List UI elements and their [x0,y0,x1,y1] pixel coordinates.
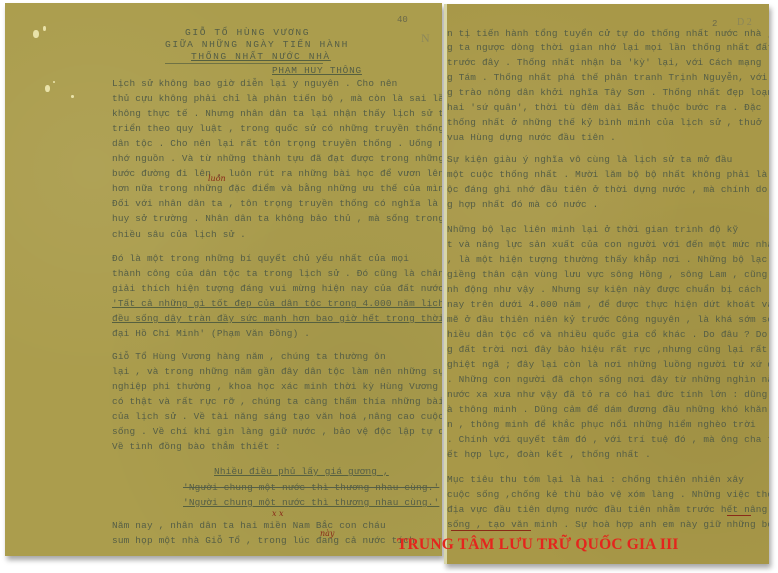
text-line: nước xa xưa như vậy đã tỏ ra có hai đức … [447,389,767,401]
text-line: Sự kiện giàu ý nghĩa vô cùng là lịch sử … [447,154,732,166]
text-line: Đó là một trong những bí quyết chủ yếu n… [112,253,409,265]
text-line: . Chính với quyết tâm đó , với trí tuệ đ… [447,434,769,446]
text-line: bước đường đi lên , luôn rút ra những bà… [112,168,442,180]
title-line-1: GIỖ TỔ HÙNG VƯƠNG [185,27,310,39]
text-line: Năm nay , nhân dân ta hai miền Nam Bắc c… [112,520,386,532]
verse-heading: Nhiều điều phủ lấy giá gương , [214,466,389,478]
text-line: nh động như vậy . Nhưng sự kiện này được… [447,284,762,296]
text-line: nay trên dưới 4.000 năm , để được thực h… [447,299,769,311]
text-line: n tị tiến hành tổng tuyển cử tự do thống… [447,28,769,40]
text-line: Về tình đồng bào thắm thiết : [112,441,281,453]
page-corner-mark: 40 [397,15,408,25]
text-line: huy sở trường . Nhân dân ta không bảo th… [112,213,442,225]
red-underline [727,515,751,516]
title-line-3: THỐNG NHẤT NƯỚC NHÀ [191,51,331,63]
text-line: hơn nữa trong những đặc điểm và bằng nhữ… [112,183,442,195]
text-line: g ta ngược dòng thời gian nhớ lại mọi lầ… [447,42,769,54]
paper-stain [71,95,74,98]
archive-stamp-mark: N [421,31,430,46]
text-line: g hợp nhất đó mà có nước . [447,199,598,211]
text-line: à thông minh . Dũng cảm để dám đương đầu… [447,404,767,416]
text-line: dân tộc . Cho nên lại rất tôn trọng truy… [112,138,442,150]
title-rule [165,63,323,64]
text-line: ghiệt ngã ; đây lại còn là nơi những luồ… [447,359,769,371]
document-page-left: 40 N GIỖ TỔ HÙNG VƯƠNG GIỮA NHỮNG NGÀY T… [5,3,442,556]
text-line: hai 'sứ quân', thời tù đêm dài Bắc thuộc… [447,102,762,114]
text-line: nhớ nguồn . Và từ những thành tựu đã đạt… [112,153,442,165]
quote-line: 'Tất cả những gì tốt đẹp của dân tộc tro… [112,298,442,310]
text-line: trước đây . Thống nhất nhận ba 'kỳ' lại,… [447,57,762,69]
paper-stain [33,30,39,38]
text-line: , là một hiện tượng thường thấy khắp nơi… [447,254,767,266]
text-line: triển theo quy luật , trong quốc sử có n… [112,123,442,135]
text-line: giềng thân cận vùng lưu vực sông Hồng , … [447,269,767,281]
title-line-2: GIỮA NHỮNG NGÀY TIẾN HÀNH [165,39,349,51]
paper-stain [43,26,46,31]
archive-stamp-mark: D 2 [737,17,752,28]
text-line: Những bộ lạc liên minh lại ở thời gian t… [447,224,738,236]
text-line: của lịch sử . Về tài năng sáng tạo văn h… [112,411,442,423]
text-line: một cuộc thống nhất . Mười lăm bộ bộ nhấ… [447,169,767,181]
text-line: ết hợp lực, đoàn kết , thống nhất . [447,449,651,461]
text-line: không thực tế . Nhưng nhân dân ta lại nh… [112,108,442,120]
text-line: sum họp một nhà Giỗ Tổ , trong lúc đang … [112,535,415,547]
text-line: cuộc sống ,chống kẻ thù bảo vệ xóm làng … [447,489,769,501]
text-line: Lịch sử không bao giờ diễn lại y nguyên … [112,78,397,90]
text-line: có thật và rất rực rỡ , chúng ta càng th… [112,396,442,408]
text-line: lại , và trong những năm gần đây dân tộc… [112,366,442,378]
text-line: g Tám . Thống nhất phá thế phân tranh Tr… [447,72,767,84]
text-line: mẽ ở đầu thiên niên kỷ trước Công nguyên… [447,314,769,326]
quote-line: đều sống dậy tràn đầy sức mạnh hơn bao g… [112,313,442,325]
text-line: . Những con người đã chọn sống nơi đây t… [447,374,769,386]
text-line: n , thông minh để khắc phục nổi những hi… [447,419,756,431]
text-line: g đất trời nơi đây bảo hiệu rất rực ,như… [447,344,767,356]
text-line: thống nhất ở những thế kỷ bình minh của … [447,117,762,129]
text-line: Đối với nhân dân ta , tôn trọng truyền t… [112,198,442,210]
verse-corrected-line: 'Người chung một nước thì thương nhau cù… [183,497,439,509]
text-line: thủ cựu không phải chỉ là phản tiến bộ ,… [112,93,442,105]
text-line: Giỗ Tổ Hùng Vương hàng năm , chúng ta th… [112,351,386,363]
text-line: g trào nông dân khởi nghĩa Tây Sơn . Thố… [447,87,769,99]
text-line: chiều sâu của lịch sử . [112,229,246,241]
red-underline [451,530,531,531]
author-name: PHẠM HUY THÔNG [272,65,362,77]
document-page-right: 2 D 2 n tị tiến hành tổng tuyển cử tự do… [444,4,769,564]
handwritten-annotation: luôn [208,174,226,183]
text-line: vua Hùng dựng nước đầu tiên . [447,132,616,144]
quote-attribution-line: đại Hồ Chí Minh' (Phạm Văn Đồng) . [112,328,310,340]
text-line: hiều dân tộc cổ và nhiều quốc gia cổ khá… [447,329,767,341]
text-line: ộc đáng ghi nhớ đầu tiên ở thời dựng nướ… [447,184,767,196]
text-line: nghiệp phi thường , khoa học xác minh th… [112,381,442,393]
text-line: địa vực đầu tiên dựng nước đầu tiên nhằm… [447,504,767,516]
text-line: Mục tiêu thu tóm lại là hai : chống thiê… [447,474,744,486]
paper-stain [53,81,55,83]
archive-watermark: TRUNG TÂM LƯU TRỮ QUỐC GIA III [397,536,679,554]
handwritten-annotation: x x [272,509,284,518]
text-line: giải thích hiện tượng đáng vui mừng hiện… [112,283,442,295]
text-line: t và năng lực sản xuất của con người với… [447,239,769,251]
verse-struck-line: 'Người chung một nước thì thương nhau cù… [183,482,439,494]
text-line: thành công của dân tộc ta trong lịch sử … [112,268,442,280]
paper-stain [45,85,50,92]
handwritten-annotation: này [320,529,334,538]
text-line: sống . Về chí khí gìn làng giữ nước , bả… [112,426,442,438]
